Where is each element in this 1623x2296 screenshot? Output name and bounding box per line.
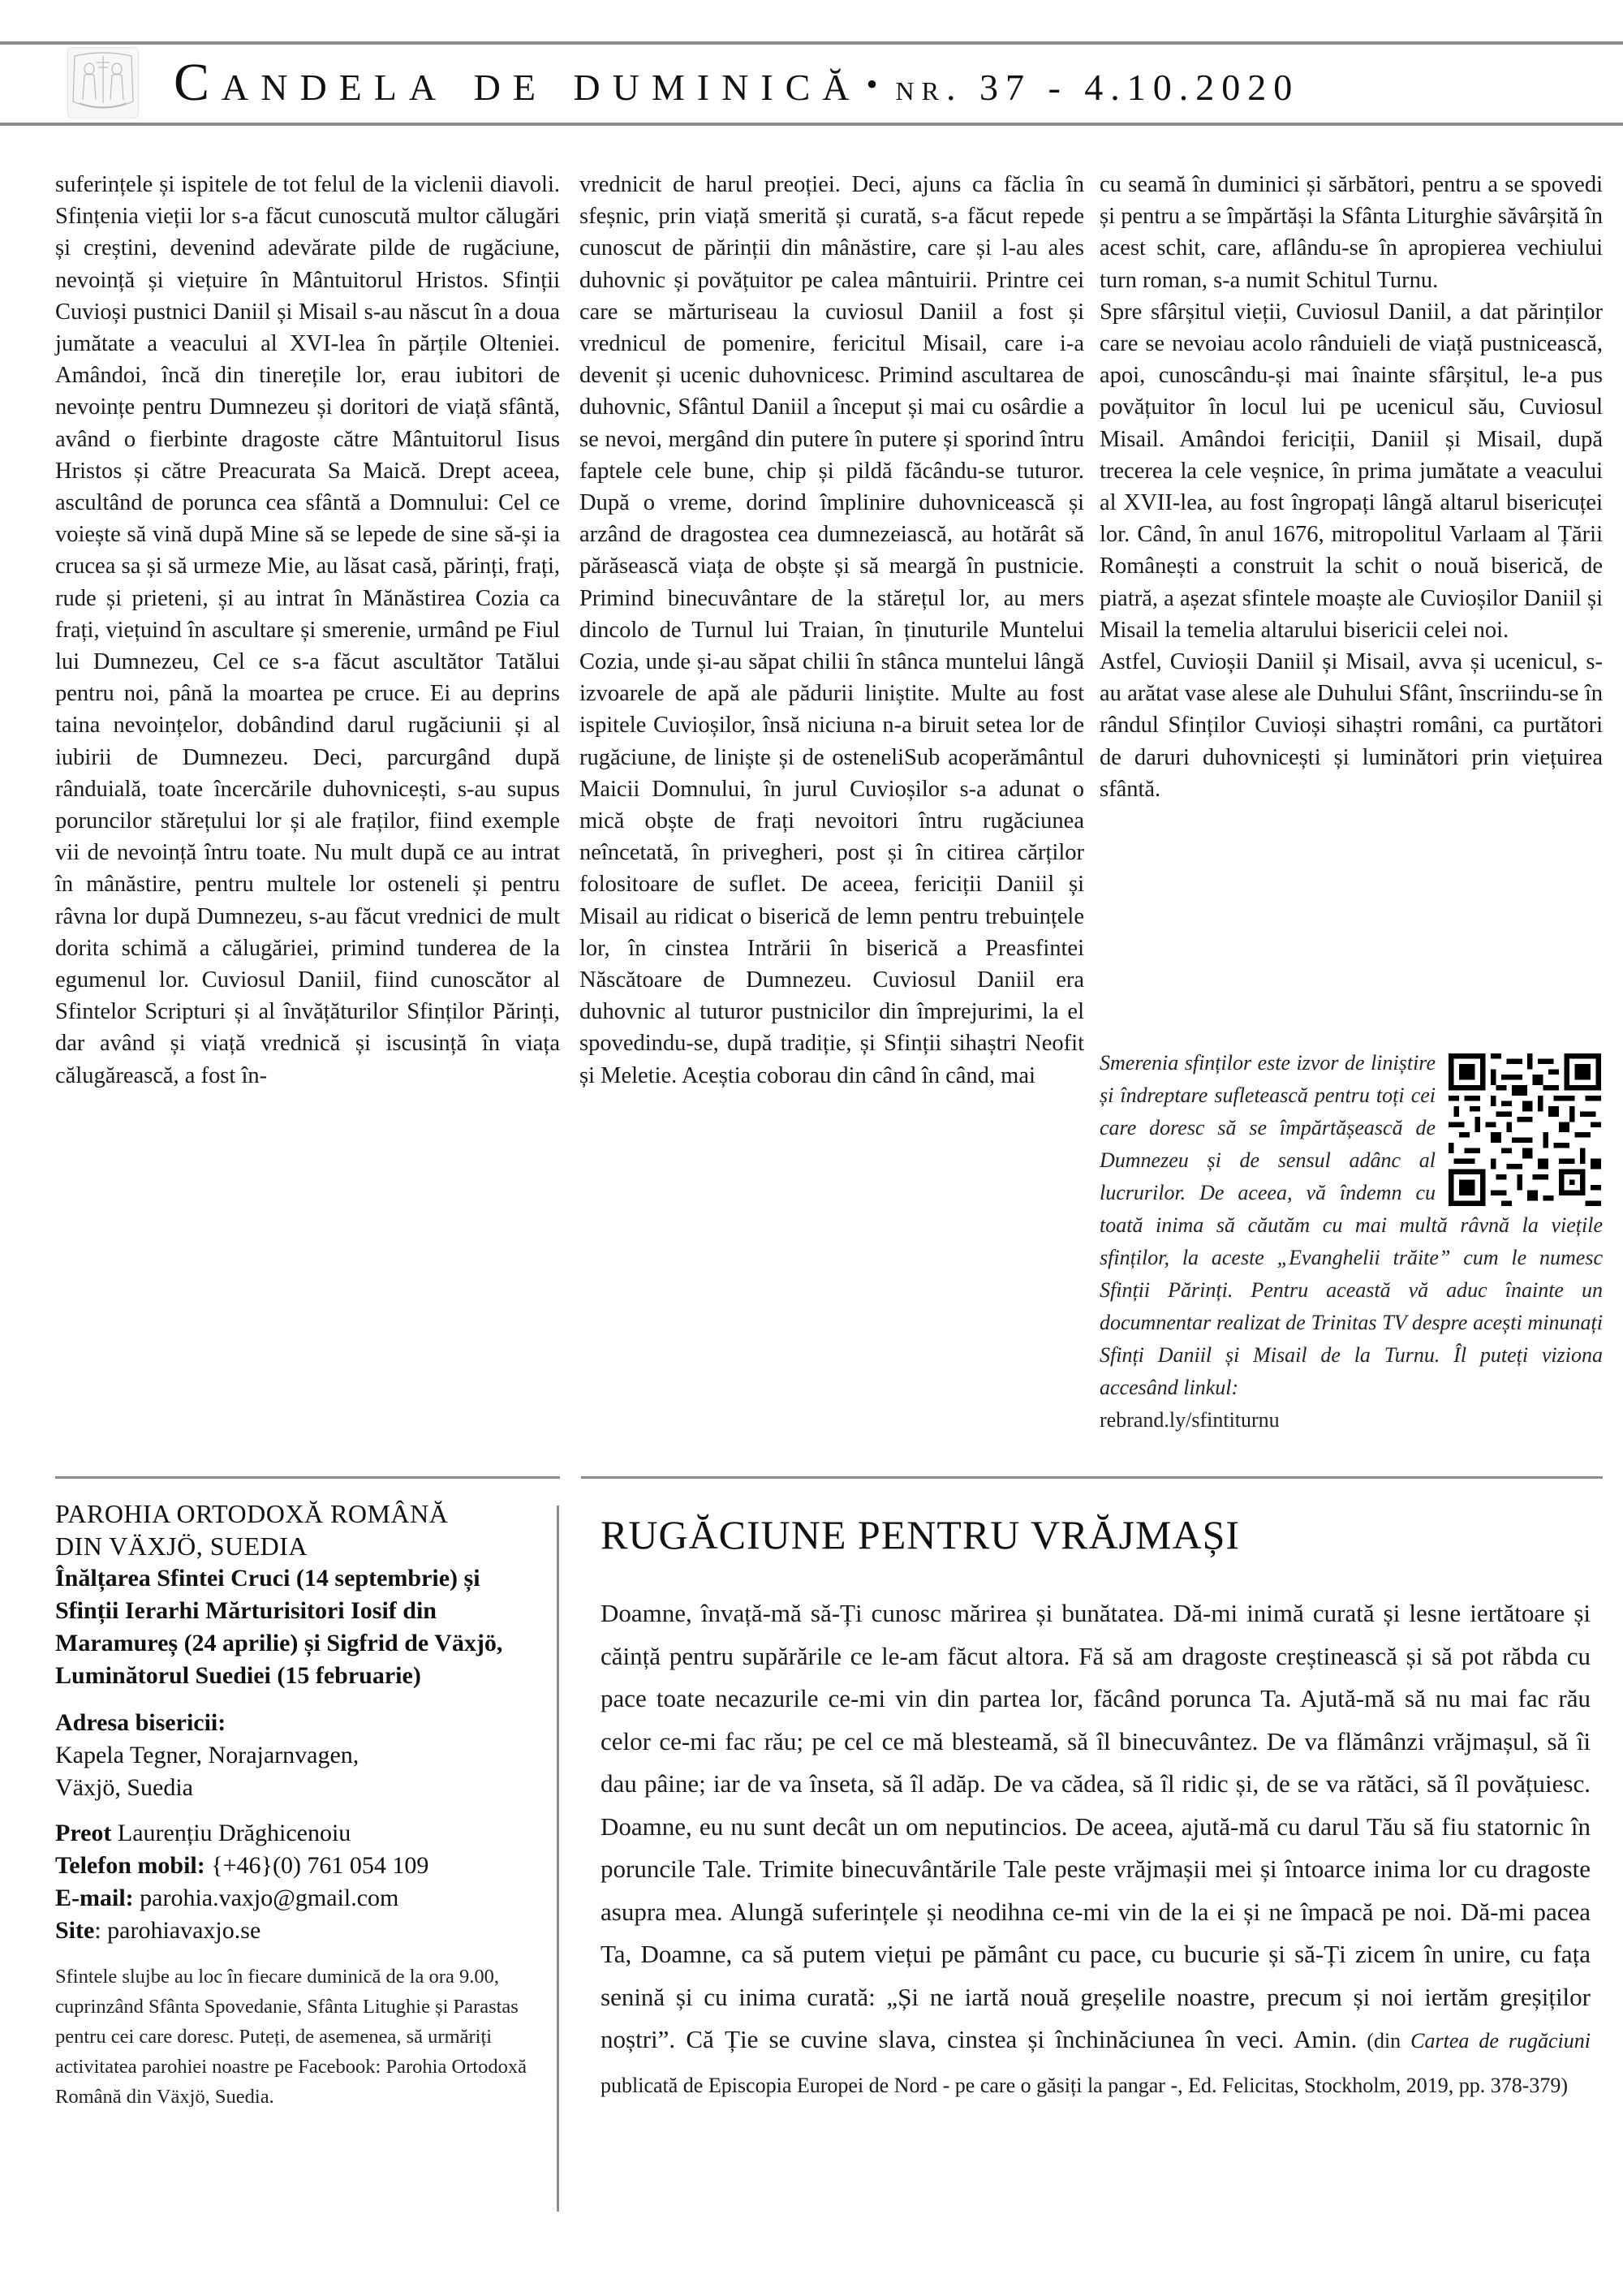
article-paragraph: cu seamă în duminici și sărbători, pentr… [1100,169,1603,296]
section-divider-right [581,1476,1603,1479]
prayer-section: RUGĂCIUNE PENTRU VRĂJMAȘI Doamne, învață… [601,1510,1591,2107]
church-address: Adresa bisericii: Kapela Tegner, Norajar… [55,1707,542,1804]
article-paragraph: Astfel, Cuvioșii Daniil și Misail, avva … [1100,646,1603,805]
publication-name: Candela de duminică [174,53,862,112]
phone-line: Telefon mobil: {+46}(0) 761 054 109 [55,1850,542,1882]
email-label: E-mail: [55,1885,134,1911]
column-divider-vertical [557,1506,559,2212]
section-divider-left [55,1476,560,1479]
priest-label: Preot [55,1820,111,1846]
article-column-middle: vrednicit de harul preoției. Deci, ajuns… [579,169,1084,1092]
editorial-note: Smerenia sfinților este izvor de liniști… [1100,1047,1603,1437]
contact-info: Preot Laurențiu Drăghicenoiu Telefon mob… [55,1817,542,1947]
parish-title-line1: PAROHIA ORTODOXĂ ROMÂNĂ [55,1497,542,1530]
masthead-bottom-rule [0,123,1623,126]
separator-bullet: • [867,66,878,102]
phone-label: Telefon mobil: [55,1852,205,1879]
phone-value[interactable]: {+46}(0) 761 054 109 [205,1852,429,1879]
site-line: Site: parohiavaxjo.se [55,1915,542,1947]
source-book-title: Cartea de rugăciuni [1410,2029,1591,2053]
address-label: Adresa bisericii: [55,1707,542,1739]
masthead-top-rule [0,41,1623,45]
article-column-left: suferințele și ispitele de tot felul de … [55,169,560,1092]
address-line1: Kapela Tegner, Norajarnvagen, [55,1739,542,1772]
qr-code-container[interactable] [1449,1053,1603,1206]
email-line: E-mail: parohia.vaxjo@gmail.com [55,1882,542,1915]
article-column-right: cu seamă în duminici și sărbători, pentr… [1100,169,1603,805]
article-paragraph: vrednicit de harul preoției. Deci, ajuns… [579,169,1084,1092]
article-paragraph: Spre sfârșitul vieții, Cuviosul Daniil, … [1100,296,1603,646]
site-link[interactable]: : parohiavaxjo.se [94,1917,260,1944]
documentary-link[interactable]: rebrand.ly/sfintiturnu [1100,1404,1603,1437]
priest-name: Laurențiu Drăghicenoiu [111,1820,351,1846]
email-link[interactable]: parohia.vaxjo@gmail.com [134,1885,399,1911]
address-line2: Växjö, Suedia [55,1772,542,1804]
source-prefix: (din [1357,2029,1410,2053]
prayer-title: RUGĂCIUNE PENTRU VRĂJMAȘI [601,1510,1591,1560]
priest-line: Preot Laurențiu Drăghicenoiu [55,1817,542,1850]
prayer-body: Doamne, învață-mă să-Ți cunosc mărirea ș… [601,1592,1591,2107]
saints-emblem-icon [67,47,139,118]
source-details: publicată de Episcopia Europei de Nord -… [601,2074,1568,2097]
parish-title-line2: DIN VÄXJÖ, SUEDIA [55,1530,542,1562]
site-label: Site [55,1917,94,1944]
prayer-text: Doamne, învață-mă să-Ți cunosc mărirea ș… [601,1599,1591,2053]
issue-number-date: nr. 37 - 4.10.2020 [896,67,1300,108]
masthead-title: Candela de duminică•nr. 37 - 4.10.2020 [174,50,1299,120]
service-schedule-note: Sfintele slujbe au loc în fiecare dumini… [55,1962,542,2112]
parish-patron-feasts: Înălțarea Sfintei Cruci (14 septembrie) … [55,1562,542,1692]
qr-code-icon[interactable] [1449,1053,1601,1206]
article-paragraph: suferințele și ispitele de tot felul de … [55,169,560,1092]
parish-info: PAROHIA ORTODOXĂ ROMÂNĂ DIN VÄXJÖ, SUEDI… [55,1497,542,2132]
